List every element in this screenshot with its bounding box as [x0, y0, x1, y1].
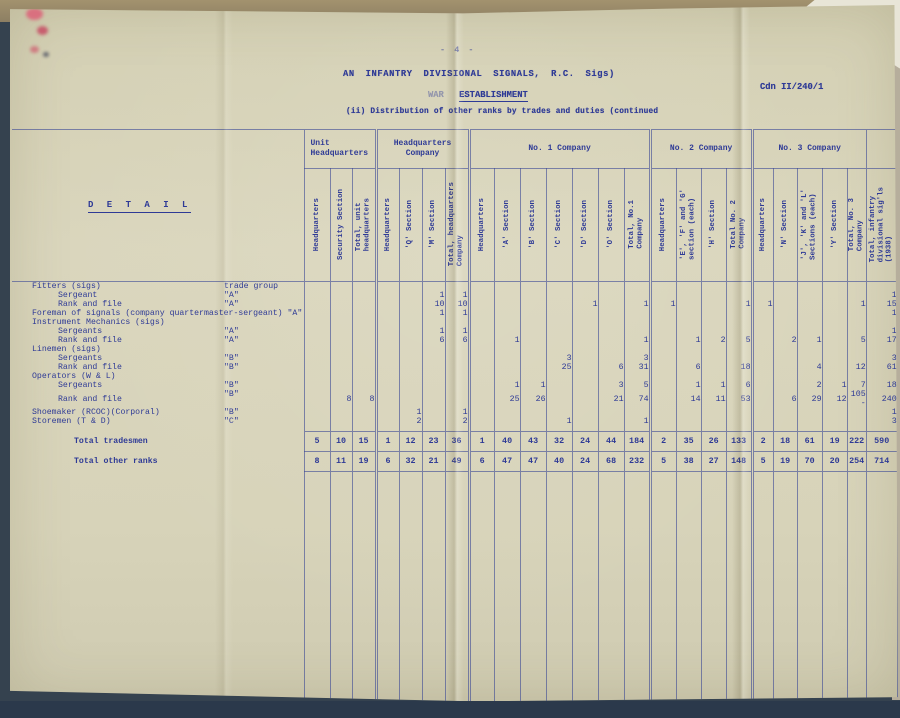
table-cell — [572, 345, 598, 354]
table-cell: 3 — [546, 354, 572, 363]
row-label-cell: Operators (W & L) — [12, 372, 304, 381]
row-label-cell: Storemen (T & D)"C" — [12, 417, 304, 426]
table-cell — [304, 471, 330, 709]
table-cell — [598, 327, 624, 336]
table-cell — [847, 309, 866, 318]
table-cell — [376, 354, 399, 363]
column-header-cell: 'M' Section — [422, 169, 445, 282]
table-cell — [376, 345, 399, 354]
table-row: Storemen (T & D)"C"22113 — [12, 417, 897, 426]
table-cell — [304, 318, 330, 327]
table-cell — [701, 282, 726, 292]
trade-group: trade group — [224, 282, 278, 291]
column-header-label: 'E', 'F' and 'G' section (each) — [680, 185, 697, 262]
empty-ruled-area — [12, 471, 897, 709]
table-cell — [650, 327, 676, 336]
column-header-cell: Security Section — [330, 169, 352, 282]
table-cell — [352, 372, 376, 381]
table-cell — [847, 372, 866, 381]
table-cell — [726, 291, 752, 300]
table-cell: 15 — [866, 300, 897, 309]
table-cell: 29 — [797, 390, 822, 408]
pink-stain — [37, 26, 48, 35]
table-cell — [598, 408, 624, 417]
table-cell: 25 — [494, 390, 520, 408]
table-cell — [469, 471, 494, 709]
table-cell — [399, 327, 422, 336]
table-cell — [797, 408, 822, 417]
table-cell — [701, 318, 726, 327]
table-cell — [352, 291, 376, 300]
table-cell — [352, 300, 376, 309]
table-cell — [572, 363, 598, 372]
table-cell: 19 — [773, 451, 797, 471]
table-cell — [330, 282, 352, 292]
table-row: Foreman of signals (company quartermaste… — [12, 309, 897, 318]
column-header-cell: 'E', 'F' and 'G' section (each) — [676, 169, 701, 282]
table-cell — [797, 372, 822, 381]
table-cell: 7 — [847, 381, 866, 390]
table-cell — [752, 363, 773, 372]
table-cell: 44 — [598, 431, 624, 451]
column-header-cell: Headquarters — [469, 169, 494, 282]
table-cell — [572, 390, 598, 408]
table-cell — [330, 471, 352, 709]
table-cell: 2 — [399, 417, 422, 426]
table-cell — [494, 300, 520, 309]
table-cell — [726, 282, 752, 292]
table-cell — [399, 345, 422, 354]
table-cell — [598, 471, 624, 709]
table-cell — [847, 417, 866, 426]
table-row: Sergeants"B"333 — [12, 354, 897, 363]
table-cell — [624, 345, 650, 354]
table-cell — [546, 327, 572, 336]
table-cell — [822, 291, 847, 300]
column-header-label: Total, headquarters Company — [448, 178, 465, 268]
table-cell: 1 — [494, 381, 520, 390]
table-cell: 1 — [797, 336, 822, 345]
table-cell — [422, 282, 445, 292]
table-cell — [445, 381, 469, 390]
table-cell — [822, 327, 847, 336]
table-cell — [352, 327, 376, 336]
table-cell — [494, 291, 520, 300]
table-cell — [376, 417, 399, 426]
table-cell: 3 — [624, 354, 650, 363]
table-cell — [546, 300, 572, 309]
table-cell — [598, 300, 624, 309]
table-cell — [399, 282, 422, 292]
table-cell — [866, 282, 897, 292]
table-cell — [797, 345, 822, 354]
table-cell: 1 — [650, 300, 676, 309]
column-header-label: Total, infantry divisional sig'ls (1938) — [869, 183, 894, 264]
table-cell: 47 — [520, 451, 546, 471]
table-cell — [598, 345, 624, 354]
table-cell — [773, 381, 797, 390]
table-cell — [701, 408, 726, 417]
table-row: Operators (W & L) — [12, 372, 897, 381]
table-cell — [520, 408, 546, 417]
table-cell: 1 — [624, 417, 650, 426]
table-cell — [701, 372, 726, 381]
table-cell: 19 — [822, 431, 847, 451]
table-cell — [304, 408, 330, 417]
table-cell — [546, 345, 572, 354]
table-cell — [494, 309, 520, 318]
table-cell — [330, 309, 352, 318]
table-cell — [676, 291, 701, 300]
column-header-label: Headquarters — [313, 194, 321, 253]
table-cell — [422, 381, 445, 390]
table-cell — [822, 363, 847, 372]
table-cell: 40 — [546, 451, 572, 471]
table-cell — [572, 408, 598, 417]
table-cell — [469, 372, 494, 381]
table-cell — [330, 408, 352, 417]
table-cell — [445, 354, 469, 363]
page-number: - 4 - — [440, 45, 476, 55]
table-cell — [469, 390, 494, 408]
table-cell — [546, 291, 572, 300]
table-cell — [399, 363, 422, 372]
table-row: Instrument Mechanics (sigs) — [12, 318, 897, 327]
table-cell — [676, 471, 701, 709]
table-cell: 1 — [866, 309, 897, 318]
column-header-label: Headquarters — [759, 194, 767, 253]
table-cell — [494, 354, 520, 363]
table-cell — [598, 417, 624, 426]
table-cell — [624, 471, 650, 709]
table-cell — [752, 372, 773, 381]
table-row: Linemen (sigs) — [12, 345, 897, 354]
row-label: Sergeants — [12, 354, 102, 363]
row-label-cell: Total tradesmen — [12, 431, 304, 451]
table-cell — [304, 354, 330, 363]
table-cell: 20 — [822, 451, 847, 471]
table-cell — [376, 381, 399, 390]
table-cell: 17 — [866, 336, 897, 345]
table-cell — [520, 471, 546, 709]
table-cell: 12 — [822, 390, 847, 408]
table-cell — [797, 300, 822, 309]
table-cell: 1 — [624, 336, 650, 345]
pink-stain — [30, 46, 39, 53]
table-cell — [422, 408, 445, 417]
table-cell — [445, 345, 469, 354]
trade-group: "B" — [224, 408, 239, 417]
table-cell: 105 - — [847, 390, 866, 408]
table-cell: 1 — [866, 408, 897, 417]
table-cell: 6 — [773, 390, 797, 408]
scanned-photo: 5 - 4 - AN INFANTRY DIVISIONAL SIGNALS, … — [0, 0, 900, 718]
table-cell — [494, 327, 520, 336]
table-cell — [797, 318, 822, 327]
column-header-label: 'Q' Section — [406, 196, 414, 251]
table-cell — [847, 291, 866, 300]
table-cell: 1 — [572, 300, 598, 309]
table-cell — [520, 318, 546, 327]
table-cell — [572, 309, 598, 318]
table-cell — [650, 345, 676, 354]
table-cell — [520, 327, 546, 336]
table-cell — [330, 300, 352, 309]
table-cell — [572, 291, 598, 300]
table-cell — [546, 471, 572, 709]
table-cell: 6 — [422, 336, 445, 345]
table-cell — [676, 309, 701, 318]
table-cell — [352, 336, 376, 345]
table-cell: 6 — [598, 363, 624, 372]
table-cell: 2 — [445, 417, 469, 426]
table-cell — [822, 318, 847, 327]
table-cell: 18 — [866, 381, 897, 390]
table-cell: 10 — [422, 300, 445, 309]
table-cell — [676, 318, 701, 327]
table-cell: 4 — [797, 363, 822, 372]
table-cell — [304, 309, 330, 318]
row-label-cell: Sergeants"B" — [12, 354, 304, 363]
table-cell: 1 — [701, 381, 726, 390]
table-cell — [494, 318, 520, 327]
table-row: Sergeant"A"111 — [12, 291, 897, 300]
row-label: Instrument Mechanics (sigs) — [12, 318, 165, 327]
trade-group: "B" — [224, 390, 239, 399]
column-header-cell: 'N' Section — [773, 169, 797, 282]
section-heading: (ii) Distribution of other ranks by trad… — [346, 108, 658, 116]
table-cell — [546, 390, 572, 408]
table-cell — [546, 309, 572, 318]
table-cell — [469, 282, 494, 292]
table-cell — [726, 408, 752, 417]
table-cell: 21 — [598, 390, 624, 408]
row-label-cell: Foreman of signals (company quartermaste… — [12, 309, 304, 318]
table-cell — [445, 363, 469, 372]
table-cell — [822, 300, 847, 309]
table-cell — [752, 282, 773, 292]
table-cell: 1 — [445, 291, 469, 300]
table-cell — [676, 327, 701, 336]
row-label-cell: Total other ranks — [12, 451, 304, 471]
row-label-cell: Sergeants"B" — [12, 381, 304, 390]
table-cell: 1 — [376, 431, 399, 451]
table-cell — [773, 354, 797, 363]
table-cell — [752, 354, 773, 363]
trade-group: "B" — [224, 363, 239, 372]
table-cell — [352, 318, 376, 327]
table-cell — [676, 300, 701, 309]
column-header-label: 'J', 'K' and 'L' Sections (each) — [801, 185, 818, 262]
table-cell — [572, 471, 598, 709]
table-cell — [752, 336, 773, 345]
table-cell — [752, 291, 773, 300]
table-cell — [376, 291, 399, 300]
column-header-label: Total, No. 3 Company — [848, 194, 865, 253]
column-header-cell: Headquarters — [752, 169, 773, 282]
column-group-label: No. 3 Company — [752, 130, 866, 169]
table-cell — [726, 318, 752, 327]
table-cell — [797, 327, 822, 336]
column-header-cell: Total No. 2 Company — [726, 169, 752, 282]
row-label-cell: Rank and file"A" — [12, 300, 304, 309]
table-cell — [494, 408, 520, 417]
table-cell — [726, 372, 752, 381]
column-header-label: 'Y' Section — [831, 196, 839, 251]
table-cell — [352, 471, 376, 709]
table-cell — [422, 354, 445, 363]
column-header-label: 'C' Section — [555, 196, 563, 251]
table-cell: 19 — [352, 451, 376, 471]
table-cell — [752, 327, 773, 336]
trade-group: "B" — [224, 381, 239, 390]
table-row: Rank and file"B"2563161841261 — [12, 363, 897, 372]
table-cell: 35 — [676, 431, 701, 451]
table-cell — [422, 318, 445, 327]
table-cell: 1 — [866, 291, 897, 300]
table-cell — [520, 309, 546, 318]
document-subtitle-war-establishment: WAR ESTABLISHMENT — [428, 90, 528, 100]
column-header-cell: Headquarters — [650, 169, 676, 282]
table-cell — [399, 336, 422, 345]
table-cell — [822, 282, 847, 292]
table-cell — [304, 336, 330, 345]
table-cell: 6 — [676, 363, 701, 372]
table-cell: 31 — [624, 363, 650, 372]
column-header-cell: 'O' Section — [598, 169, 624, 282]
trade-group: "A" — [224, 300, 239, 309]
table-cell: 49 — [445, 451, 469, 471]
column-group-label: No. 1 Company — [469, 130, 650, 169]
table-cell — [701, 345, 726, 354]
table-cell: 26 — [701, 431, 726, 451]
column-group-row: D E T A I LUnit HeadquartersHeadquarters… — [12, 130, 897, 169]
table-cell — [752, 318, 773, 327]
table-cell — [866, 372, 897, 381]
table-cell — [494, 345, 520, 354]
table-row: Sergeants"A"111 — [12, 327, 897, 336]
table-cell — [304, 327, 330, 336]
table-cell — [572, 282, 598, 292]
document-page: - 4 - AN INFANTRY DIVISIONAL SIGNALS, R.… — [10, 5, 898, 702]
table-cell — [797, 354, 822, 363]
table-cell: 1 — [676, 336, 701, 345]
table-cell: 2 — [650, 431, 676, 451]
detail-header-cell: D E T A I L — [12, 130, 304, 282]
table-cell: 2 — [773, 336, 797, 345]
row-label: Linemen (sigs) — [12, 345, 101, 354]
row-label-cell: Sergeant"A" — [12, 291, 304, 300]
table-cell — [469, 291, 494, 300]
table-cell — [520, 291, 546, 300]
table-cell — [676, 372, 701, 381]
table-cell — [701, 327, 726, 336]
table-cell: 1 — [866, 327, 897, 336]
table-cell: 18 — [773, 431, 797, 451]
table-cell — [773, 408, 797, 417]
table-cell: 6 — [469, 451, 494, 471]
table-cell — [469, 309, 494, 318]
table-cell — [752, 408, 773, 417]
table-cell — [726, 417, 752, 426]
table-cell — [376, 408, 399, 417]
table-cell — [376, 327, 399, 336]
table-cell — [304, 381, 330, 390]
table-cell: 43 — [520, 431, 546, 451]
table-cell — [701, 300, 726, 309]
table-cell: 590 — [866, 431, 897, 451]
table-cell — [572, 417, 598, 426]
table-cell — [352, 408, 376, 417]
table-cell — [726, 354, 752, 363]
table-cell — [822, 471, 847, 709]
table-cell — [376, 372, 399, 381]
table-cell: 61 — [797, 431, 822, 451]
table-cell — [445, 282, 469, 292]
column-header-label: Total, No.1 Company — [628, 196, 645, 251]
table-cell: 25 — [546, 363, 572, 372]
table-cell — [650, 336, 676, 345]
table-cell — [847, 345, 866, 354]
row-label-cell: Fitters (sigs)trade group — [12, 282, 304, 292]
table-cell: 1 — [422, 309, 445, 318]
table-cell — [598, 354, 624, 363]
trade-group: "C" — [224, 417, 239, 426]
table-cell — [469, 318, 494, 327]
column-header-label: 'B' Section — [529, 196, 537, 251]
table-cell — [572, 354, 598, 363]
table-cell — [598, 282, 624, 292]
row-label-cell: Sergeants"A" — [12, 327, 304, 336]
table-cell — [376, 318, 399, 327]
table-cell — [352, 417, 376, 426]
table-cell — [330, 354, 352, 363]
row-label-cell: Shoemaker (RCOC)(Corporal)"B" — [12, 408, 304, 417]
table-cell — [546, 318, 572, 327]
table-cell — [624, 309, 650, 318]
table-cell: 38 — [676, 451, 701, 471]
table-cell — [399, 300, 422, 309]
table-cell — [676, 345, 701, 354]
column-header-label: Headquarters — [384, 194, 392, 253]
table-cell — [330, 381, 352, 390]
table-cell — [866, 471, 897, 709]
table-cell: 1 — [445, 408, 469, 417]
table-cell — [520, 345, 546, 354]
table-cell: 1 — [399, 408, 422, 417]
table-cell — [676, 417, 701, 426]
row-label: Shoemaker (RCOC)(Corporal) — [12, 408, 160, 417]
table-cell — [773, 363, 797, 372]
column-header-label: Total No. 2 Company — [730, 196, 747, 251]
table-cell — [650, 363, 676, 372]
row-label-cell: Rank and file"B" — [12, 390, 304, 408]
table-row: Shoemaker (RCOC)(Corporal)"B"111 — [12, 408, 897, 417]
table-cell: 14 — [676, 390, 701, 408]
table-cell — [797, 291, 822, 300]
table-cell — [469, 408, 494, 417]
row-label: Fitters (sigs) — [12, 282, 101, 291]
table-cell: 26 — [520, 390, 546, 408]
table-cell: 232 — [624, 451, 650, 471]
table-cell — [304, 282, 330, 292]
table-cell — [701, 309, 726, 318]
table-cell: 1 — [822, 381, 847, 390]
table-cell — [330, 417, 352, 426]
table-cell — [520, 282, 546, 292]
table-cell — [546, 336, 572, 345]
column-header-label: 'D' Section — [581, 196, 589, 251]
